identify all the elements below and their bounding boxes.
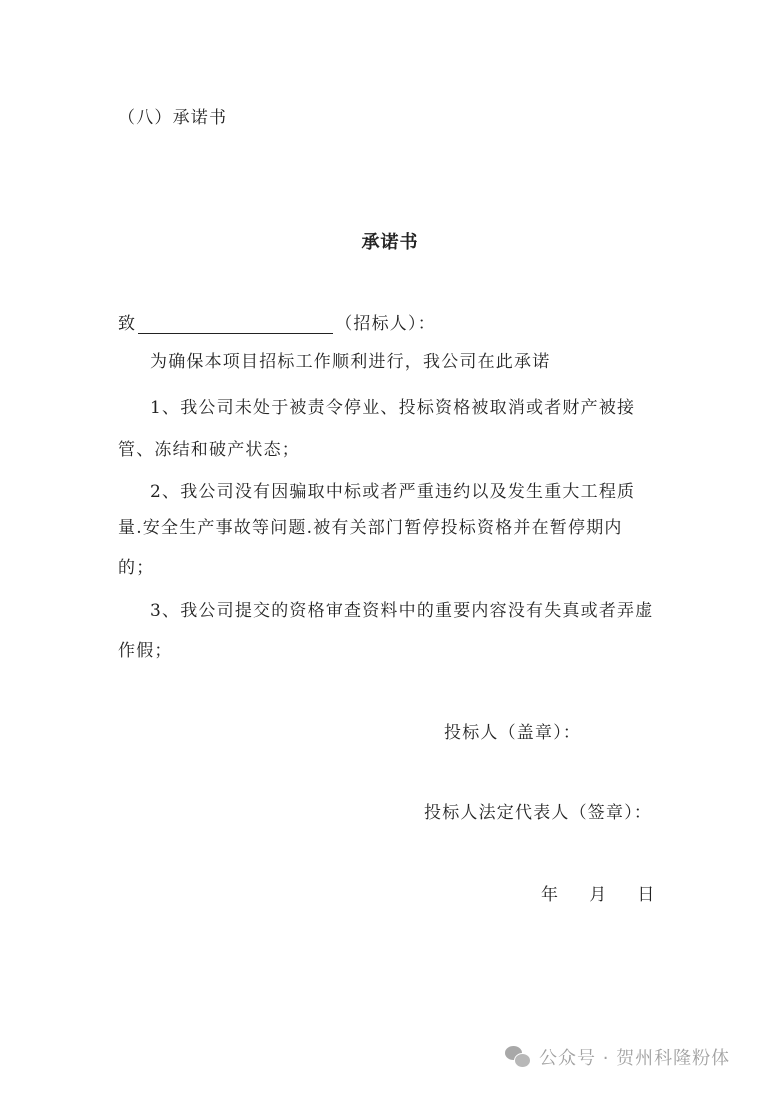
addressee-prefix: 致: [118, 314, 136, 334]
wechat-icon: [505, 1046, 531, 1068]
watermark: 公众号 · 贺州科隆粉体: [505, 1044, 730, 1070]
date-year: 年: [541, 885, 559, 905]
date-line: 年月日: [541, 880, 656, 905]
addressee-blank-field: [138, 315, 333, 334]
legal-rep-signature-label: 投标人法定代表人（签章）：: [424, 798, 652, 823]
item-1-line-2: 管、冻结和破产状态；: [118, 435, 300, 460]
date-month: 月: [589, 885, 607, 905]
addressee-line: 致（招标人）：: [118, 309, 436, 334]
document-title: 承诺书: [0, 228, 780, 254]
date-day: 日: [637, 885, 655, 905]
item-3-line-1: 3、我公司提交的资格审查资料中的重要内容没有失真或者弄虚: [150, 596, 653, 621]
section-heading: （八）承诺书: [118, 103, 227, 128]
item-2-line-3: 的；: [118, 553, 154, 578]
item-2-line-2: 量.安全生产事故等问题.被有关部门暂停投标资格并在暂停期内: [118, 513, 623, 538]
intro-paragraph: 为确保本项目招标工作顺利进行，我公司在此承诺: [150, 347, 550, 372]
watermark-text: 公众号 · 贺州科隆粉体: [539, 1044, 730, 1070]
item-2-line-1: 2、我公司没有因骗取中标或者严重违约以及发生重大工程质: [150, 477, 635, 502]
item-1-line-1: 1、我公司未处于被责令停业、投标资格被取消或者财产被接: [150, 393, 635, 418]
addressee-suffix: （招标人）：: [335, 314, 436, 334]
item-3-line-2: 作假；: [118, 636, 173, 661]
bidder-seal-label: 投标人（盖章）：: [444, 718, 581, 743]
